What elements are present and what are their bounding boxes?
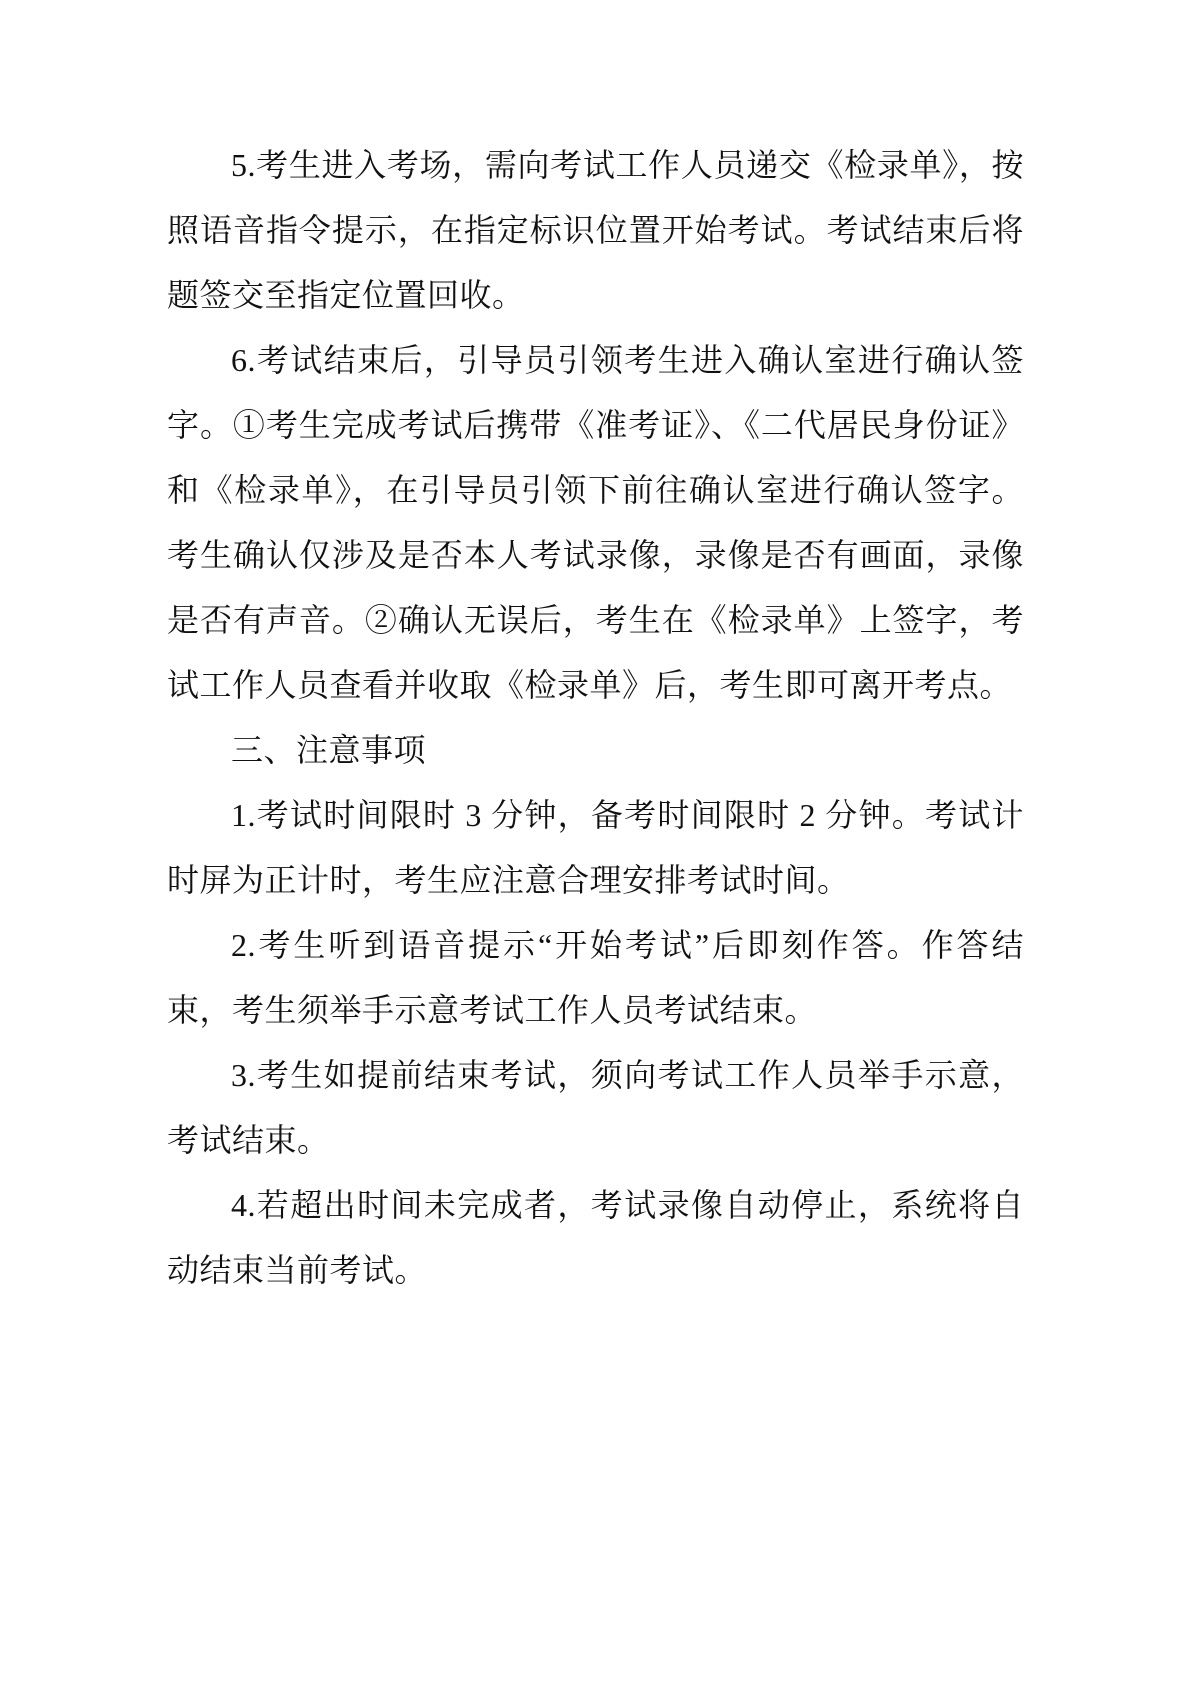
- section-heading-notes: 三、注意事项: [167, 718, 1024, 783]
- note-item-4: 4.若超出时间未完成者，考试录像自动停止，系统将自动结束当前考试。: [167, 1173, 1024, 1303]
- note-item-2: 2.考生听到语音提示“开始考试”后即刻作答。作答结束，考生须举手示意考试工作人员…: [167, 913, 1024, 1043]
- document-body: 5.考生进入考场，需向考试工作人员递交《检录单》，按照语音指令提示，在指定标识位…: [167, 133, 1024, 1303]
- note-item-3: 3.考生如提前结束考试，须向考试工作人员举手示意，考试结束。: [167, 1043, 1024, 1173]
- paragraph-item-5: 5.考生进入考场，需向考试工作人员递交《检录单》，按照语音指令提示，在指定标识位…: [167, 133, 1024, 328]
- document-page: 5.考生进入考场，需向考试工作人员递交《检录单》，按照语音指令提示，在指定标识位…: [0, 0, 1191, 1684]
- paragraph-item-6: 6.考试结束后，引导员引领考生进入确认室进行确认签字。①考生完成考试后携带《准考…: [167, 328, 1024, 718]
- note-item-1: 1.考试时间限时 3 分钟，备考时间限时 2 分钟。考试计时屏为正计时，考生应注…: [167, 783, 1024, 913]
